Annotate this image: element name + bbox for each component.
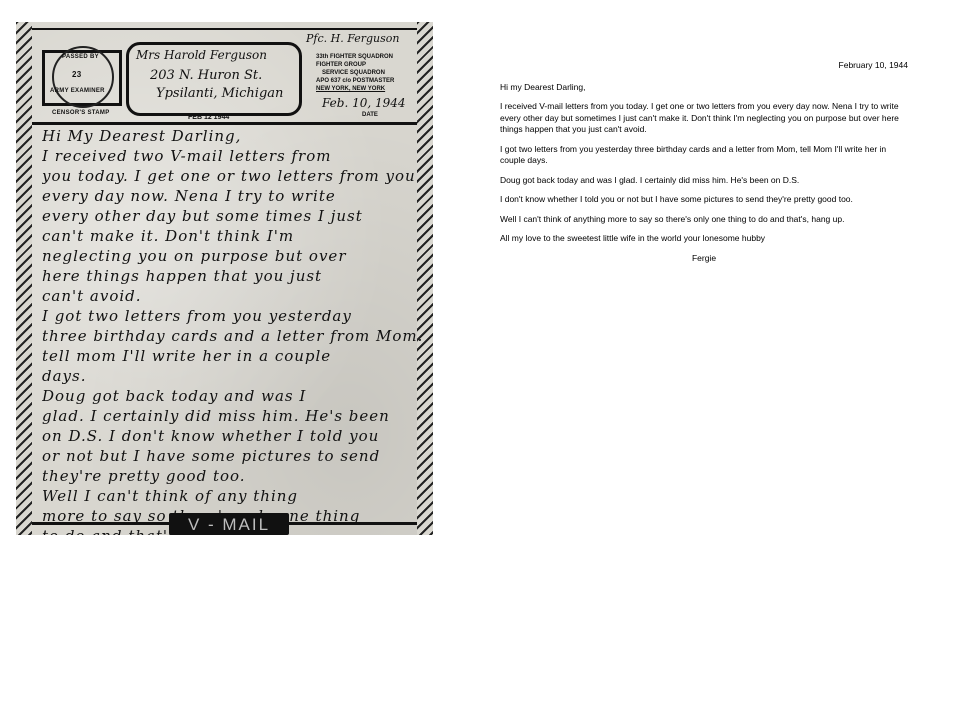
handwritten-body: Hi My Dearest Darling, I received two V-… <box>42 126 422 535</box>
letter-date: February 10, 1944 <box>500 60 908 72</box>
handwritten-line: I received two V-mail letters from <box>42 146 422 166</box>
address-line-1: Mrs Harold Ferguson <box>136 48 267 62</box>
sender-line-5: APO 637 c/o POSTMASTER <box>316 78 394 84</box>
handwritten-line: glad. I certainly did miss him. He's bee… <box>42 406 422 426</box>
sender-line-4: SERVICE SQUADRON <box>322 70 385 76</box>
vmail-label: V - MAIL <box>169 513 289 535</box>
handwritten-line: or not but I have some pictures to send <box>42 446 422 466</box>
handwritten-line: Hi My Dearest Darling, <box>42 126 422 146</box>
signature: Fergie <box>500 253 908 265</box>
salutation: Hi my Dearest Darling, <box>500 82 908 94</box>
handwritten-line: I got two letters from you yesterday <box>42 306 422 326</box>
address-line-2: 203 N. Huron St. <box>150 68 262 83</box>
border-hatching-left <box>16 22 32 535</box>
handwritten-line: can't avoid. <box>42 286 422 306</box>
handwritten-line: every other day but some times I just <box>42 206 422 226</box>
censor-stamp-number: 23 <box>72 70 82 79</box>
handwritten-line: you today. I get one or two letters from… <box>42 166 422 186</box>
handwritten-line: can't make it. Don't think I'm <box>42 226 422 246</box>
handwritten-line: tell mom I'll write her in a couple <box>42 346 422 366</box>
handwritten-line: days. <box>42 366 422 386</box>
transcription: February 10, 1944 Hi my Dearest Darling,… <box>500 60 908 264</box>
paragraph: Doug got back today and was I glad. I ce… <box>500 175 908 187</box>
censor-stamp-bottom: ARMY EXAMINER <box>50 88 105 94</box>
handwritten-line: neglecting you on purpose but over <box>42 246 422 266</box>
paragraph: I don't know whether I told you or not b… <box>500 194 908 206</box>
postmark: FEB 12 1944 <box>188 114 229 121</box>
handwritten-line: they're pretty good too. <box>42 466 422 486</box>
sender-date-caption: DATE <box>362 112 378 118</box>
handwritten-line: Doug got back today and was I <box>42 386 422 406</box>
censor-stamp-caption: CENSOR'S STAMP <box>52 110 110 116</box>
sender-line-2: 33th FIGHTER SQUADRON <box>316 54 393 60</box>
paragraph: All my love to the sweetest little wife … <box>500 233 908 245</box>
address-line-3: Ypsilanti, Michigan <box>156 86 283 101</box>
header-divider <box>32 122 417 125</box>
paragraph: Well I can't think of anything more to s… <box>500 214 908 226</box>
sender-date-handwritten: Feb. 10, 1944 <box>322 96 406 110</box>
sender-name-handwritten: Pfc. H. Ferguson <box>306 32 400 45</box>
frame-line-top <box>32 28 417 30</box>
paragraph: I got two letters from you yesterday thr… <box>500 144 908 167</box>
handwritten-line: on D.S. I don't know whether I told you <box>42 426 422 446</box>
handwritten-line: Well I can't think of any thing <box>42 486 422 506</box>
handwritten-line: here things happen that you just <box>42 266 422 286</box>
vmail-scan-image: PASSED BY 23 ARMY EXAMINER CENSOR'S STAM… <box>16 22 433 535</box>
handwritten-line: every day now. Nena I try to write <box>42 186 422 206</box>
sender-line-6: NEW YORK, NEW YORK <box>316 86 385 92</box>
sender-line-3: FIGHTER GROUP <box>316 62 366 68</box>
paragraph: I received V-mail letters from you today… <box>500 101 908 136</box>
censor-stamp-top: PASSED BY <box>62 54 99 60</box>
handwritten-line: three birthday cards and a letter from M… <box>42 326 422 346</box>
